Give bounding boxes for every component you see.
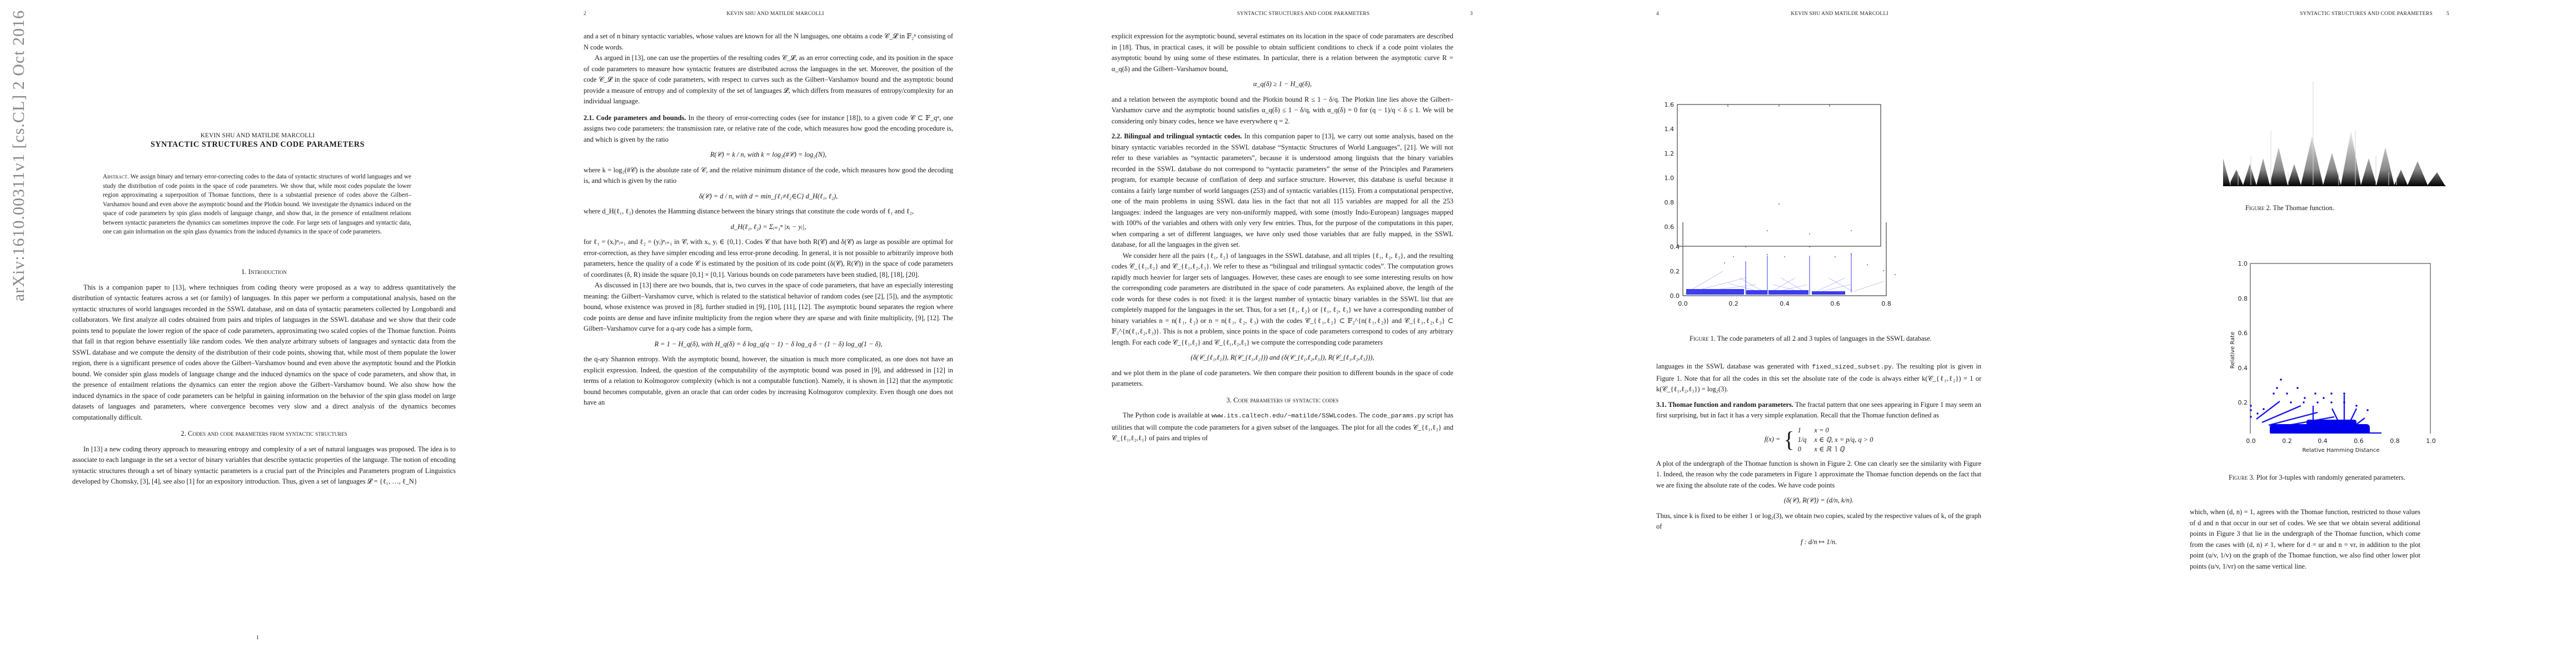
page-number: 3: [1470, 11, 1473, 17]
running-head: SYNTACTIC STRUCTURES AND CODE PARAMETERS…: [1112, 11, 1495, 20]
svg-text:0.6: 0.6: [2238, 330, 2248, 337]
svg-text:1.0: 1.0: [1665, 175, 1675, 182]
paragraph: A plot of the undergraph of the Thomae f…: [1656, 459, 1981, 491]
abstract-label: Abstract.: [103, 173, 129, 180]
equation-cases: 1x = 0 1/qx ∈ ℚ, x = p/q, q > 0 0x ∈ ℝ ∖…: [1798, 426, 1874, 454]
subsection-text: In this companion paper to [13], we carr…: [1112, 132, 1453, 248]
svg-text:1.0: 1.0: [2426, 437, 2436, 445]
figure-2-chart: [2223, 75, 2445, 186]
figure-1-lower-chart: 0.4 0.2 0.0 0.0 0.2 0.4 0.6 0.8: [1662, 222, 1901, 311]
paragraph: which, when (d, n) = 1, agrees with the …: [2190, 507, 2420, 572]
svg-text:1.2: 1.2: [1665, 150, 1675, 157]
svg-text:0.2: 0.2: [1670, 268, 1680, 275]
page-1: SYNTACTIC STRUCTURES AND CODE PARAMETERS…: [0, 0, 515, 667]
svg-text:0.2: 0.2: [2282, 437, 2292, 445]
subsection-heading: 2.2. Bilingual and trilingual syntactic …: [1112, 132, 1242, 140]
svg-text:0.4: 0.4: [1780, 300, 1790, 307]
caption-text: The code parameters of all 2 and 3 tuple…: [1717, 335, 1932, 342]
x-axis-title: Relative Hamming Distance: [2302, 447, 2379, 454]
equation-hamming: d_H(ℓ₁, ℓ₂) = Σᵢ₌₁ⁿ |xᵢ − yᵢ|,: [584, 222, 953, 233]
svg-text:0.2: 0.2: [2238, 399, 2248, 406]
svg-text:0.8: 0.8: [1881, 300, 1891, 307]
figure-1-lower-region: 0.4 0.2 0.0 0.0 0.2 0.4 0.6 0.8: [1662, 222, 1901, 314]
y-axis-title: Relative Rate: [2230, 332, 2236, 369]
figure-1-caption: Figure 1. The code parameters of all 2 a…: [1690, 333, 1956, 344]
paragraph: As argued in [13], one can use the prope…: [584, 53, 953, 107]
case-condition: x ∈ ℝ ∖ ℚ: [1814, 445, 1873, 454]
paragraph: languages in the SSWL database was gener…: [1656, 361, 1981, 395]
svg-text:0.6: 0.6: [1830, 300, 1840, 307]
page-4-body: languages in the SSWL database was gener…: [1656, 361, 1981, 552]
svg-text:0.8: 0.8: [2238, 295, 2248, 302]
svg-text:1.4: 1.4: [1665, 126, 1675, 133]
running-head: SYNTACTIC STRUCTURES AND CODE PARAMETERS…: [2190, 11, 2576, 20]
paragraph: Thus, since k is fixed to be either 1 or…: [1656, 511, 1981, 532]
page-4: 4 KEVIN SHU AND MATILDE MARCOLLI 1.6 1.4…: [1656, 0, 2045, 667]
subsection-heading: 3.1. Thomae function and random paramete…: [1656, 401, 1793, 409]
running-head-title: KEVIN SHU AND MATILDE MARCOLLI: [584, 11, 967, 17]
paragraph: and we plot them in the plane of code pa…: [1112, 368, 1453, 390]
text: . The: [1356, 411, 1372, 419]
section-3-heading: 3. Code parameters of syntactic codes: [1112, 395, 1453, 406]
subsection-2-2: 2.2. Bilingual and trilingual syntactic …: [1112, 131, 1453, 251]
paper-authors: KEVIN SHU AND MATILDE MARCOLLI: [0, 132, 515, 139]
page-2-body: and a set of n binary syntactic variable…: [584, 31, 953, 409]
paragraph: explicit expression for the asymptotic b…: [1112, 31, 1453, 74]
subsection-heading: 2.1. Code parameters and bounds.: [584, 114, 686, 122]
svg-text:0.6: 0.6: [2354, 437, 2364, 445]
paragraph: where k = log₂(#𝒞) is the absolute rate …: [584, 165, 953, 187]
svg-text:1.6: 1.6: [1665, 101, 1675, 108]
section-2-heading: 2. Codes and code parameters from syntac…: [72, 429, 456, 440]
equation-rate: R(𝒞) = k / n, with k = log₂(#𝒞) = log₂(N…: [584, 150, 953, 161]
running-head: 4 KEVIN SHU AND MATILDE MARCOLLI: [1656, 11, 2045, 20]
case-value: 1: [1798, 426, 1807, 435]
paragraph: and a set of n binary syntactic variable…: [584, 31, 953, 53]
equation-f: f : d/n ↦ 1/n.: [1656, 537, 1981, 548]
svg-text:0.4: 0.4: [2238, 365, 2248, 372]
subsection-2-1: 2.1. Code parameters and bounds. In the …: [584, 113, 953, 146]
svg-text:0.8: 0.8: [2390, 437, 2400, 445]
figure-3-scatter-plot: 1.0 0.8 0.6 0.4 0.2 Relative Rate: [2223, 256, 2457, 436]
equation-delta: δ(𝒞) = d / n, with d = min_{ℓ₁≠ℓ₂∈C} d_H…: [584, 191, 953, 202]
page-5: SYNTACTIC STRUCTURES AND CODE PARAMETERS…: [2190, 0, 2576, 667]
page-3: SYNTACTIC STRUCTURES AND CODE PARAMETERS…: [1112, 0, 1495, 667]
paragraph: The Python code is available at www.its.…: [1112, 410, 1453, 444]
page-1-body: 1. Introduction This is a companion pape…: [72, 267, 456, 487]
svg-text:0.0: 0.0: [1670, 292, 1680, 300]
script-name: code_params.py: [1372, 413, 1426, 420]
equation-alpha: α_q(δ) ≥ 1 − H_q(δ),: [1112, 79, 1453, 90]
paragraph: for ℓ₁ = (xᵢ)ⁿᵢ₌₁ and ℓ₂ = (yᵢ)ⁿᵢ₌₁ in 𝒞…: [584, 237, 953, 280]
figure-3-caption: Figure 3. Plot for 3-tuples with randoml…: [2229, 472, 2518, 482]
equation-code-points: (δ(𝒞_{ℓ₁,ℓ₂}), R(𝒞_{ℓ₁,ℓ₂})) and (δ(𝒞_{ℓ…: [1112, 352, 1453, 364]
page-number: 5: [2447, 11, 2449, 17]
equation-thomae: f(x) = { 1x = 0 1/qx ∈ ℚ, x = p/q, q > 0…: [1656, 426, 1981, 454]
code-url-link[interactable]: www.its.caltech.edu/~matilde/SSWLcodes: [1212, 413, 1356, 420]
page-number: 1: [0, 635, 515, 641]
paragraph: where d_H(ℓ₁, ℓ₂) denotes the Hamming di…: [584, 206, 953, 217]
section-2-paragraph: In [13] a new coding theory approach to …: [72, 444, 456, 487]
equation-gilbert-varshamov: R = 1 − H_q(δ), with H_q(δ) = δ log_q(q …: [584, 339, 953, 350]
subsection-3-1: 3.1. Thomae function and random paramete…: [1656, 400, 1981, 421]
svg-text:1.0: 1.0: [2238, 260, 2248, 267]
abstract: Abstract. We assign binary and ternary e…: [103, 172, 411, 237]
figure-label: Figure 2.: [2245, 204, 2271, 212]
svg-text:0.4: 0.4: [1670, 243, 1680, 251]
section-1-heading: 1. Introduction: [72, 267, 456, 278]
script-name: fixed_sized_subset.py: [1812, 364, 1892, 371]
paragraph: As discussed in [13] there are two bound…: [584, 280, 953, 335]
svg-text:0.0: 0.0: [2246, 437, 2256, 445]
case-value: 1/q: [1798, 435, 1807, 445]
figure-label: Figure 1.: [1690, 335, 1716, 342]
equation-code-points: (δ(𝒞), R(𝒞)) = (d/n, k/n).: [1656, 495, 1981, 506]
intro-paragraph: This is a companion paper to [13], where…: [72, 282, 456, 424]
page-2: 2 KEVIN SHU AND MATILDE MARCOLLI and a s…: [584, 0, 967, 667]
case-condition: x = 0: [1814, 426, 1873, 435]
caption-text: Plot for 3-tuples with randomly generate…: [2256, 474, 2405, 481]
paragraph: and a relation between the asymptotic bo…: [1112, 94, 1453, 127]
paragraph: We consider here all the pairs {ℓ₁, ℓ₂} …: [1112, 251, 1453, 349]
text: The Python code is available at: [1123, 411, 1212, 419]
svg-text:0.4: 0.4: [2318, 437, 2328, 445]
running-head-title: KEVIN SHU AND MATILDE MARCOLLI: [1634, 11, 2045, 17]
case-condition: x ∈ ℚ, x = p/q, q > 0: [1814, 435, 1873, 445]
figure-3-chart: 1.0 0.8 0.6 0.4 0.2 Relative Rate: [2223, 256, 2457, 434]
abstract-text: We assign binary and ternary error-corre…: [103, 173, 411, 235]
brace: {: [1783, 429, 1794, 451]
running-head-title: SYNTACTIC STRUCTURES AND CODE PARAMETERS: [2156, 11, 2576, 17]
equation-lhs: f(x) =: [1765, 434, 1781, 445]
figure-3-x-axis: 0.0 0.2 0.4 0.6 0.8 1.0 Relative Hamming…: [2245, 436, 2457, 461]
caption-text: The Thomae function.: [2273, 204, 2334, 212]
text: languages in the SSWL database was gener…: [1656, 362, 1812, 370]
figure-3-x-axis-labels: 0.0 0.2 0.4 0.6 0.8 1.0 Relative Hamming…: [2245, 436, 2457, 459]
page-3-body: explicit expression for the asymptotic b…: [1112, 31, 1453, 444]
figure-2-caption: Figure 2. The Thomae function.: [2245, 203, 2468, 213]
page-5-body: which, when (d, n) = 1, agrees with the …: [2190, 507, 2420, 572]
figure-label: Figure 3.: [2229, 474, 2255, 481]
running-head: 2 KEVIN SHU AND MATILDE MARCOLLI: [584, 11, 967, 20]
svg-text:0.2: 0.2: [1728, 300, 1738, 307]
figure-2-thomae-plot: [2223, 75, 2445, 189]
svg-text:0.8: 0.8: [1665, 199, 1675, 206]
running-head-title: SYNTACTIC STRUCTURES AND CODE PARAMETERS: [1112, 11, 1495, 17]
svg-text:0.0: 0.0: [1678, 300, 1688, 307]
paragraph: the q-ary Shannon entropy. With the asym…: [584, 354, 953, 409]
paper-title: SYNTACTIC STRUCTURES AND CODE PARAMETERS: [0, 140, 515, 150]
case-value: 0: [1798, 445, 1807, 454]
